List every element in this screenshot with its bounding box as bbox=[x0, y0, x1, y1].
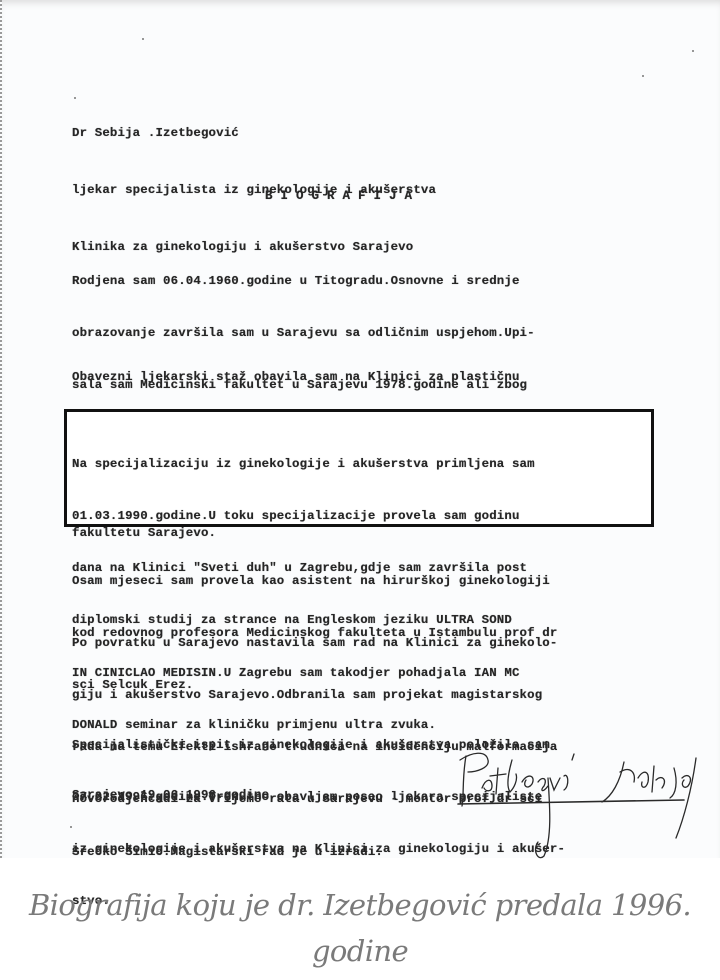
scan-speck bbox=[642, 75, 644, 77]
scan-speck bbox=[692, 50, 694, 52]
place-and-date: Sarajevo,19.06.1996.godine bbox=[72, 787, 269, 804]
document-title: BIOGRAFIJA bbox=[265, 188, 420, 205]
scan-speck bbox=[142, 38, 144, 40]
scanned-document: Dr Sebija .Izetbegović ljekar specijalis… bbox=[0, 0, 720, 858]
text-line: Na specijalizaciju iz ginekologije i aku… bbox=[72, 456, 535, 473]
caption-line-2: godine bbox=[0, 928, 720, 974]
caption-line-1: Biografija koju je dr. Izetbegović preda… bbox=[0, 882, 720, 928]
text-line: Osam mjeseci sam provela kao asistent na… bbox=[72, 573, 557, 590]
text-line: Po povratku u Sarajevo nastavila sam rad… bbox=[72, 635, 557, 652]
image-caption: Biografija koju je dr. Izetbegović preda… bbox=[0, 882, 720, 974]
text-line: 01.03.1990.godine.U toku specijalizacije… bbox=[72, 508, 535, 525]
text-line: Obavezni ljekarski staž obavila sam na K… bbox=[72, 369, 565, 386]
signature-icon bbox=[452, 738, 702, 863]
text-line: Rodjena sam 06.04.1960.godine u Titograd… bbox=[72, 273, 535, 290]
header-name: Dr Sebija .Izetbegović bbox=[72, 124, 436, 143]
